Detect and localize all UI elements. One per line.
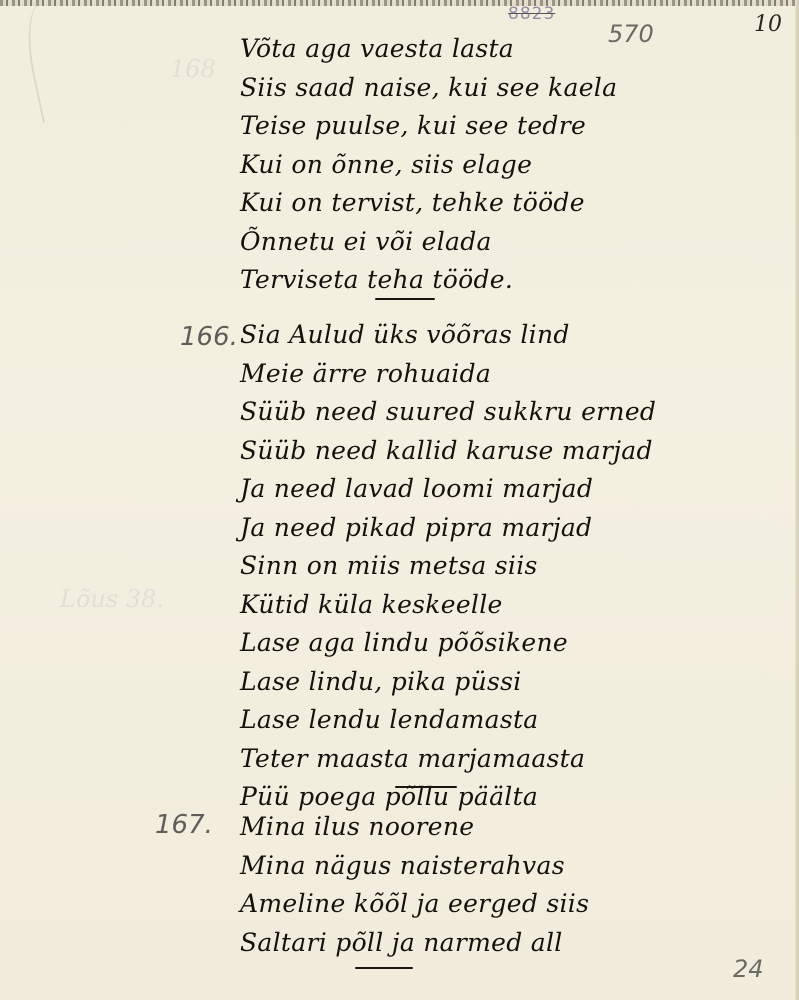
torn-top-edge	[0, 0, 799, 6]
verse-line: Võta aga vaesta lasta	[240, 30, 617, 69]
verse-line: Mina ilus noorene	[240, 808, 589, 847]
verse-line: Teter maasta marjamaasta	[240, 740, 656, 779]
verse-line: Süüb need kallid karuse marjad	[240, 432, 656, 471]
verse-line: Ja need lavad loomi marjad	[240, 470, 656, 509]
verse-line: Siis saad naise, kui see kaela	[240, 69, 617, 108]
verse-line: Ja need pikad pipra marjad	[240, 509, 656, 548]
verse-line: Terviseta teha tööde.	[240, 261, 617, 300]
right-page-edge	[795, 0, 799, 1000]
bleed-through-note: Lõus 38.	[60, 585, 164, 613]
verse-166: Sia Aulud üks võõras lind Meie ärre rohu…	[240, 316, 656, 817]
verse-number-167: 167.	[155, 810, 213, 840]
verse-line: Süüb need suured sukkru erned	[240, 393, 656, 432]
manuscript-page: 168 Lõus 38. 8823 570 10 Võta aga vaesta…	[0, 0, 799, 1000]
verse-line: Kui on tervist, tehke tööde	[240, 184, 617, 223]
verse-divider	[355, 967, 413, 969]
bottom-pencil-number: 24	[733, 955, 764, 983]
verse-line: Lase aga lindu põõsikene	[240, 624, 656, 663]
verse-line: Teise puulse, kui see tedre	[240, 107, 617, 146]
verse-divider	[395, 786, 457, 788]
verse-line: Lase lendu lendamasta	[240, 701, 656, 740]
verse-number-166: 166.	[180, 322, 238, 352]
verse-line: Kui on õnne, siis elage	[240, 146, 617, 185]
verse-divider	[375, 298, 435, 300]
archive-stamp-number: 8823	[508, 4, 555, 24]
verse-continuation: Võta aga vaesta lasta Siis saad naise, k…	[240, 30, 617, 300]
verse-line: Ameline kõõl ja eerged siis	[240, 885, 589, 924]
paper-fold-crease	[18, 0, 84, 123]
verse-line: Kütid küla keskeelle	[240, 586, 656, 625]
verse-line: Meie ärre rohuaida	[240, 355, 656, 394]
verse-line: Sia Aulud üks võõras lind	[240, 316, 656, 355]
verse-line: Mina nägus naisterahvas	[240, 847, 589, 886]
verse-line: Lase lindu, pika püssi	[240, 663, 656, 702]
verse-line: Õnnetu ei või elada	[240, 223, 617, 262]
verse-line: Sinn on miis metsa siis	[240, 547, 656, 586]
corner-ink-number: 10	[754, 12, 782, 37]
verse-line: Saltari põll ja narmed all	[240, 924, 589, 963]
verse-167: Mina ilus noorene Mina nägus naisterahva…	[240, 808, 589, 962]
bleed-through-number: 168	[170, 55, 216, 83]
